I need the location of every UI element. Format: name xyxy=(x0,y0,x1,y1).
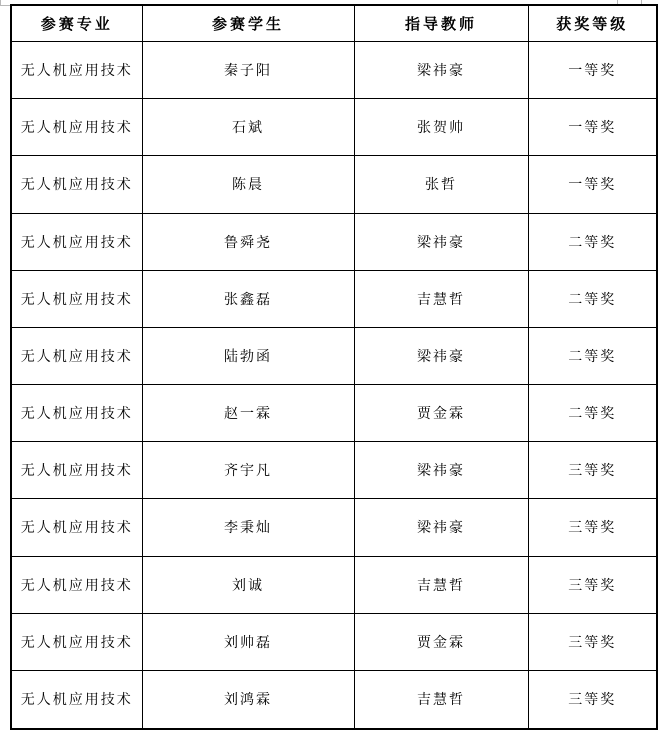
table-row: 无人机应用技术 陈晨 张哲 一等奖 xyxy=(11,156,657,213)
cell-student: 赵一霖 xyxy=(142,385,354,442)
table-row: 无人机应用技术 石斌 张贺帅 一等奖 xyxy=(11,99,657,156)
table-row: 无人机应用技术 刘诚 吉慧哲 三等奖 xyxy=(11,556,657,613)
table-row: 无人机应用技术 陆勃函 梁祎豪 二等奖 xyxy=(11,327,657,384)
cell-student: 张鑫磊 xyxy=(142,270,354,327)
column-header-student: 参赛学生 xyxy=(142,5,354,42)
table-row: 无人机应用技术 齐宇凡 梁祎豪 三等奖 xyxy=(11,442,657,499)
award-results-table: 参赛专业 参赛学生 指导教师 获奖等级 无人机应用技术 秦子阳 梁祎豪 一等奖 … xyxy=(10,4,658,730)
cell-student: 秦子阳 xyxy=(142,42,354,99)
cell-award: 三等奖 xyxy=(528,670,657,729)
column-header-major: 参赛专业 xyxy=(11,5,142,42)
cell-award: 二等奖 xyxy=(528,270,657,327)
cell-award: 一等奖 xyxy=(528,99,657,156)
cell-major: 无人机应用技术 xyxy=(11,99,142,156)
cell-award: 二等奖 xyxy=(528,385,657,442)
cell-major: 无人机应用技术 xyxy=(11,442,142,499)
cell-award: 二等奖 xyxy=(528,213,657,270)
cell-award: 一等奖 xyxy=(528,42,657,99)
cell-teacher: 梁祎豪 xyxy=(354,499,528,556)
cell-teacher: 贾金霖 xyxy=(354,613,528,670)
cell-student: 刘鸿霖 xyxy=(142,670,354,729)
cell-student: 石斌 xyxy=(142,99,354,156)
cell-award: 二等奖 xyxy=(528,327,657,384)
cell-major: 无人机应用技术 xyxy=(11,499,142,556)
cell-major: 无人机应用技术 xyxy=(11,670,142,729)
table-row: 无人机应用技术 刘帅磊 贾金霖 三等奖 xyxy=(11,613,657,670)
cell-student: 陈晨 xyxy=(142,156,354,213)
cell-teacher: 梁祎豪 xyxy=(354,442,528,499)
cell-teacher: 吉慧哲 xyxy=(354,270,528,327)
cell-teacher: 梁祎豪 xyxy=(354,42,528,99)
cell-major: 无人机应用技术 xyxy=(11,270,142,327)
cell-major: 无人机应用技术 xyxy=(11,556,142,613)
cell-student: 刘诚 xyxy=(142,556,354,613)
cell-teacher: 梁祎豪 xyxy=(354,213,528,270)
cell-award: 三等奖 xyxy=(528,442,657,499)
cell-award: 三等奖 xyxy=(528,613,657,670)
cell-major: 无人机应用技术 xyxy=(11,327,142,384)
cell-teacher: 贾金霖 xyxy=(354,385,528,442)
cell-teacher: 张哲 xyxy=(354,156,528,213)
column-header-teacher: 指导教师 xyxy=(354,5,528,42)
cell-teacher: 吉慧哲 xyxy=(354,670,528,729)
cell-teacher: 梁祎豪 xyxy=(354,327,528,384)
cell-award: 三等奖 xyxy=(528,499,657,556)
cell-major: 无人机应用技术 xyxy=(11,156,142,213)
cell-award: 三等奖 xyxy=(528,556,657,613)
table-row: 无人机应用技术 秦子阳 梁祎豪 一等奖 xyxy=(11,42,657,99)
cell-teacher: 张贺帅 xyxy=(354,99,528,156)
table-row: 无人机应用技术 李秉灿 梁祎豪 三等奖 xyxy=(11,499,657,556)
cell-student: 齐宇凡 xyxy=(142,442,354,499)
cell-student: 李秉灿 xyxy=(142,499,354,556)
table-header-row: 参赛专业 参赛学生 指导教师 获奖等级 xyxy=(11,5,657,42)
table-row: 无人机应用技术 鲁舜尧 梁祎豪 二等奖 xyxy=(11,213,657,270)
cell-teacher: 吉慧哲 xyxy=(354,556,528,613)
cell-student: 鲁舜尧 xyxy=(142,213,354,270)
table-row: 无人机应用技术 张鑫磊 吉慧哲 二等奖 xyxy=(11,270,657,327)
cell-major: 无人机应用技术 xyxy=(11,613,142,670)
column-header-award: 获奖等级 xyxy=(528,5,657,42)
cell-award: 一等奖 xyxy=(528,156,657,213)
cell-student: 刘帅磊 xyxy=(142,613,354,670)
cell-major: 无人机应用技术 xyxy=(11,42,142,99)
table-row: 无人机应用技术 刘鸿霖 吉慧哲 三等奖 xyxy=(11,670,657,729)
table-row: 无人机应用技术 赵一霖 贾金霖 二等奖 xyxy=(11,385,657,442)
cell-student: 陆勃函 xyxy=(142,327,354,384)
cell-major: 无人机应用技术 xyxy=(11,385,142,442)
cell-major: 无人机应用技术 xyxy=(11,213,142,270)
